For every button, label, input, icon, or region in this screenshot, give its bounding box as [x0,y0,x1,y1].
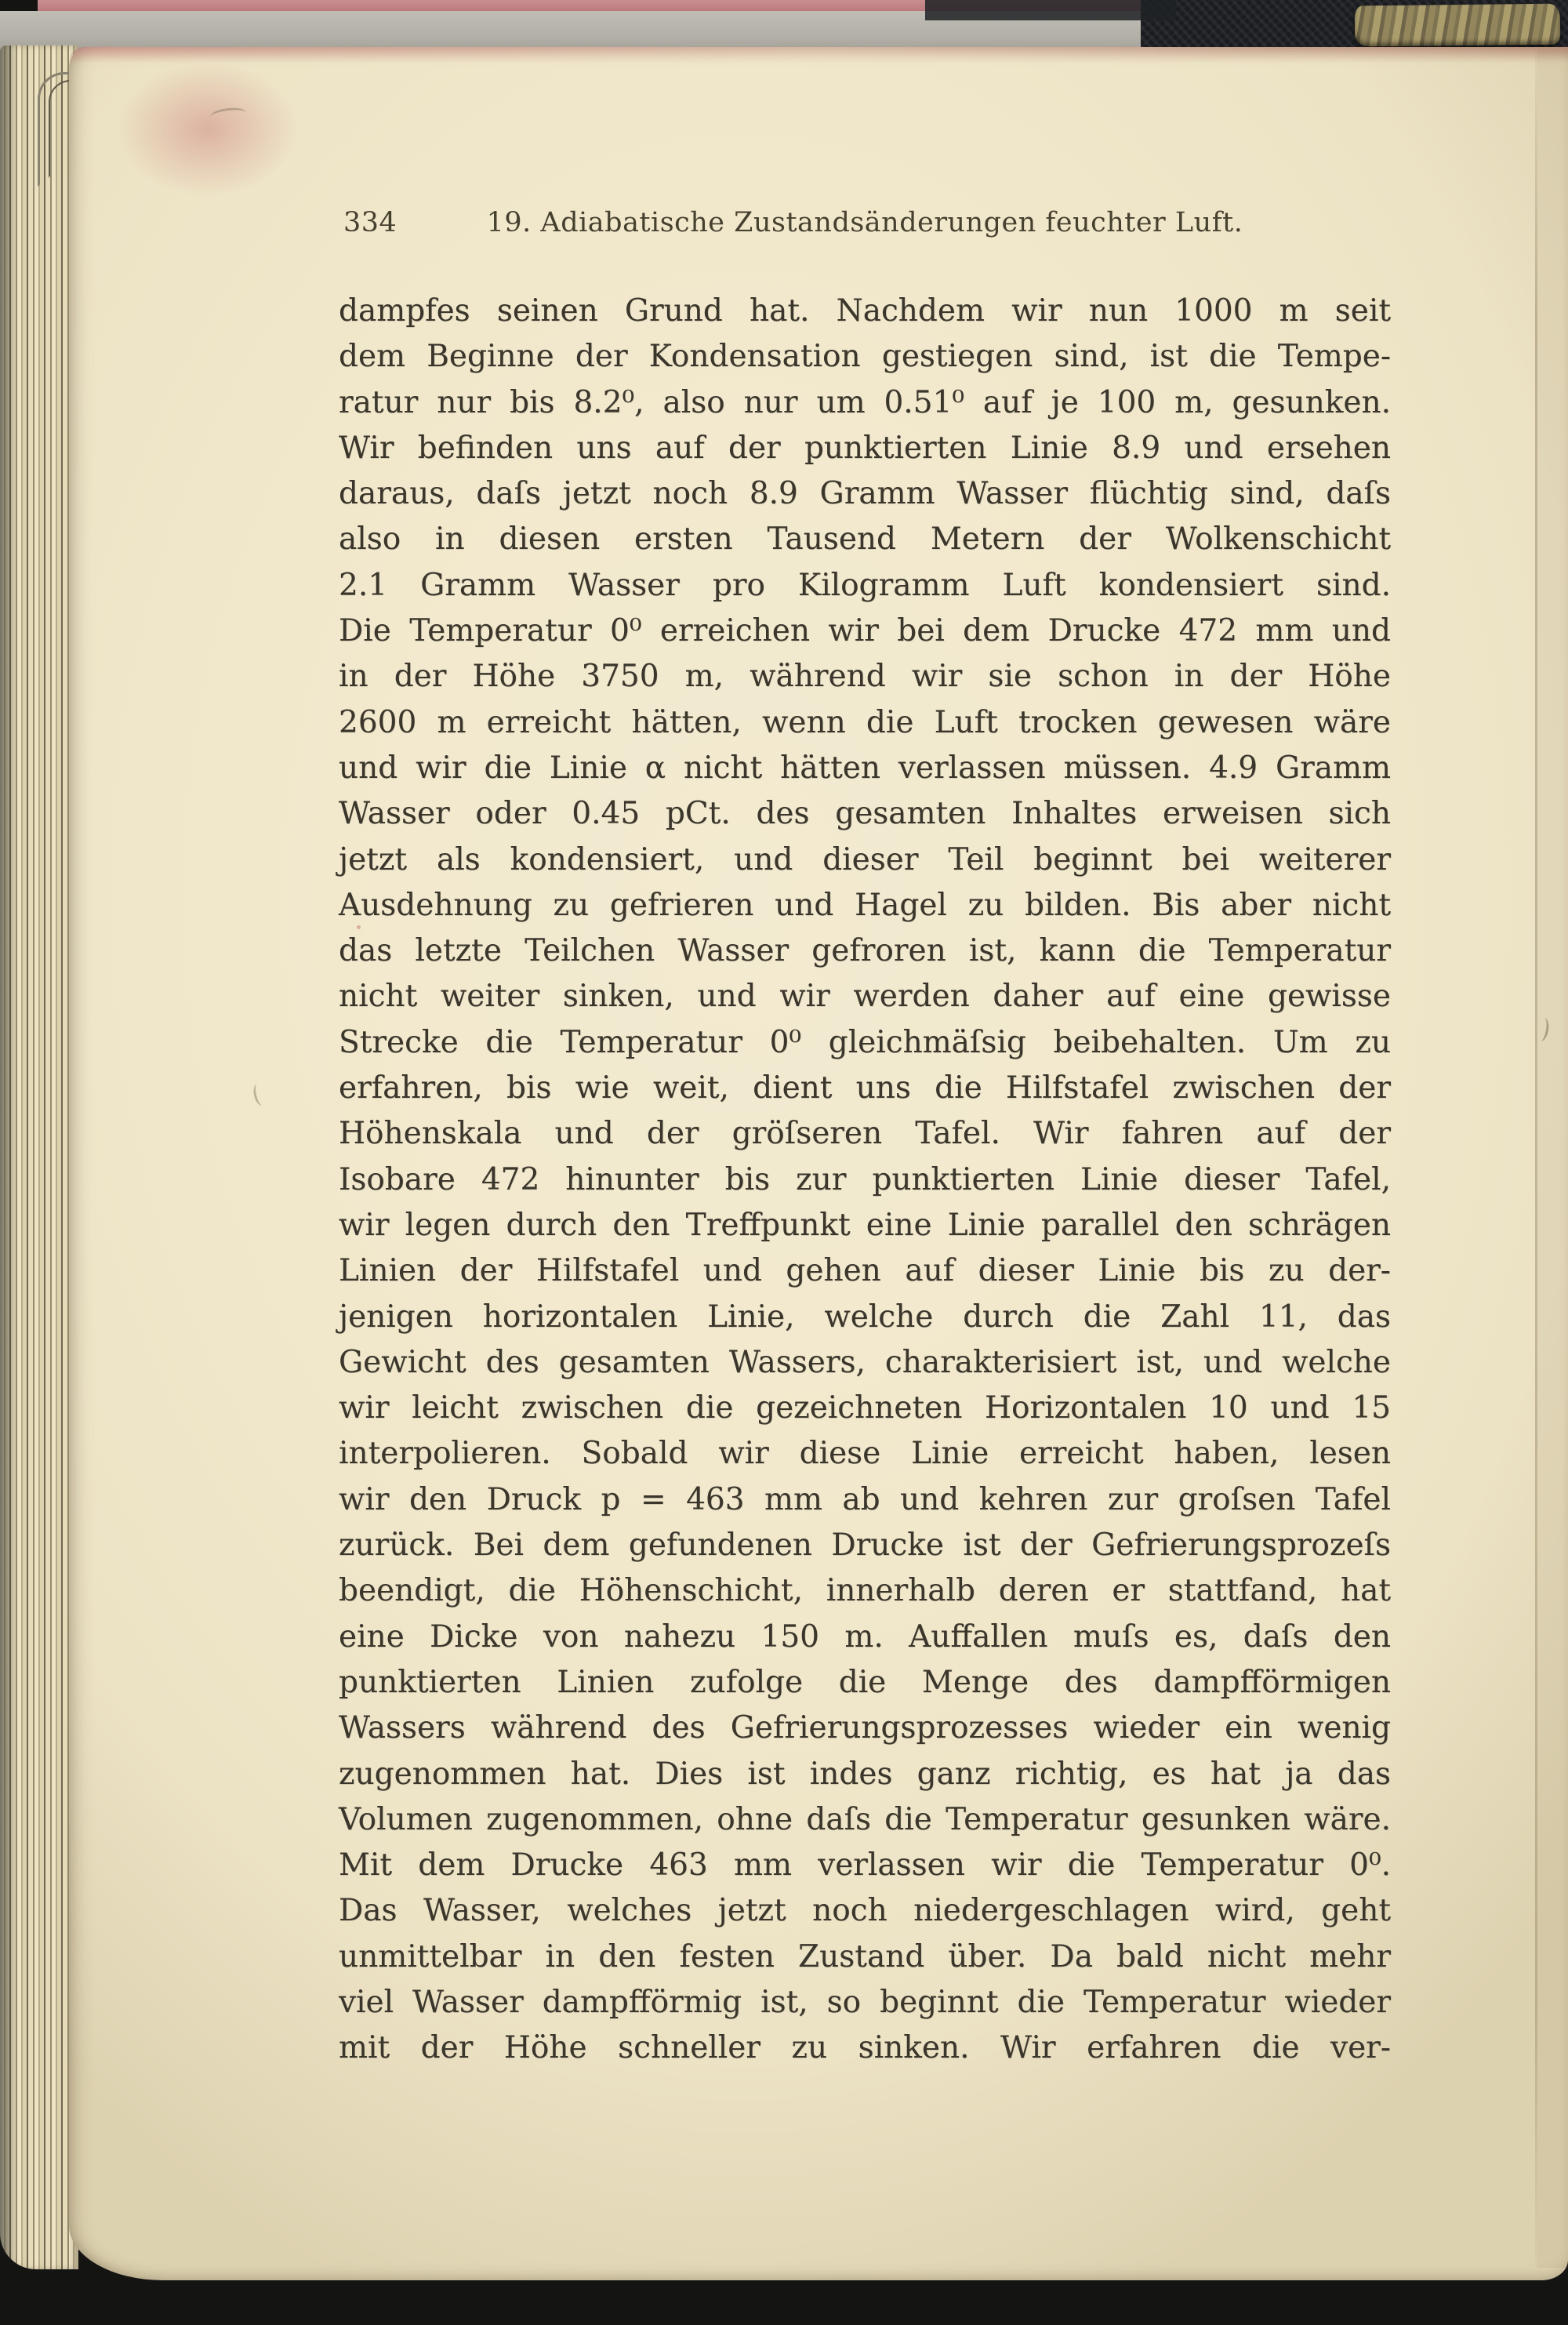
text-line: interpolieren. Sobald wir diese Linie er… [339,1431,1391,1477]
text-line: beendigt, die Höhenschicht, innerhalb de… [339,1568,1391,1614]
book-headband [1355,4,1561,47]
text-line: erfahren, bis wie weit, dient uns die Hi… [339,1066,1391,1111]
text-line: Die Temperatur 0⁰ erreichen wir bei dem … [339,608,1391,654]
text-line: dem Beginne der Kondensation gestiegen s… [339,334,1391,380]
text-line: ratur nur bis 8.2⁰, also nur um 0.51⁰ au… [339,380,1391,426]
text-line: und wir die Linie α nicht hätten verlass… [339,746,1391,791]
text-line: mit der Höhe schneller zu sinken. Wir er… [339,2025,1391,2071]
book-cover-cloth-left [925,0,1176,20]
text-line: Linien der Hilfstafel und gehen auf dies… [339,1248,1391,1294]
body-text: dampfes seinen Grund hat. Nachdem wir nu… [339,289,1391,2072]
text-line: Höhenskala und der gröſseren Tafel. Wir … [339,1111,1391,1157]
running-header: 19. Adiabatische Zustandsänderungen feuc… [339,202,1391,243]
text-line: Isobare 472 hinunter bis zur punktierten… [339,1157,1391,1203]
text-line: Das Wasser, welches jetzt noch niederges… [339,1888,1391,1934]
text-line: Strecke die Temperatur 0⁰ gleichmäſsig b… [339,1020,1391,1066]
page-crease-shade [1537,49,1568,2268]
text-line: jetzt als kondensiert, und dieser Teil b… [339,837,1391,883]
text-line: Ausdehnung zu gefrieren und Hagel zu bil… [339,883,1391,928]
text-line: das letzte Teilchen Wasser gefroren ist,… [339,928,1391,974]
text-line: daraus, daſs jetzt noch 8.9 Gramm Wasser… [339,471,1391,517]
text-line: viel Wasser dampfförmig ist, so beginnt … [339,1980,1391,2025]
text-line: Wasser oder 0.45 pCt. des gesamten Inhal… [339,791,1391,837]
text-line: Mit dem Drucke 463 mm verlassen wir die … [339,1843,1391,1888]
text-line: zurück. Bei dem gefundenen Drucke ist de… [339,1523,1391,1568]
text-line: nicht weiter sinken, und wir werden dahe… [339,974,1391,1019]
page-corner-stain [118,63,298,196]
scan-background: 19. Adiabatische Zustandsänderungen feuc… [0,0,1568,2325]
text-line: dampfes seinen Grund hat. Nachdem wir nu… [339,289,1391,334]
text-line: jenigen horizontalen Linie, welche durch… [339,1295,1391,1340]
page-number: 334 [343,202,397,243]
text-line: 2600 m erreicht hätten, wenn die Luft tr… [339,700,1391,746]
text-line: punktierten Linien zufolge die Menge des… [339,1660,1391,1706]
text-line: also in diesen ersten Tausend Metern der… [339,517,1391,562]
text-line: wir legen durch den Treffpunkt eine Lini… [339,1203,1391,1248]
page-edge-stack [0,45,78,2269]
page-pink-top-stain [69,47,1568,63]
text-line: zugenommen hat. Dies ist indes ganz rich… [339,1752,1391,1797]
text-line: Gewicht des gesamten Wassers, charakteri… [339,1340,1391,1386]
text-line: eine Dicke von nahezu 150 m. Auffallen m… [339,1615,1391,1660]
text-line: Wassers während des Gefrierungsprozesses… [339,1706,1391,1751]
text-line: wir den Druck p = 463 mm ab und kehren z… [339,1477,1391,1523]
page-crease [1535,52,1537,2266]
text-line: 2.1 Gramm Wasser pro Kilogramm Luft kond… [339,563,1391,608]
text-line: Volumen zugenommen, ohne daſs die Temper… [339,1797,1391,1843]
text-line: wir leicht zwischen die gezeichneten Hor… [339,1386,1391,1431]
text-line: in der Höhe 3750 m, während wir sie scho… [339,654,1391,699]
text-line: unmittelbar in den festen Zustand über. … [339,1934,1391,1980]
page-header: 19. Adiabatische Zustandsänderungen feuc… [339,202,1391,243]
text-line: Wir befinden uns auf der punktierten Lin… [339,426,1391,471]
